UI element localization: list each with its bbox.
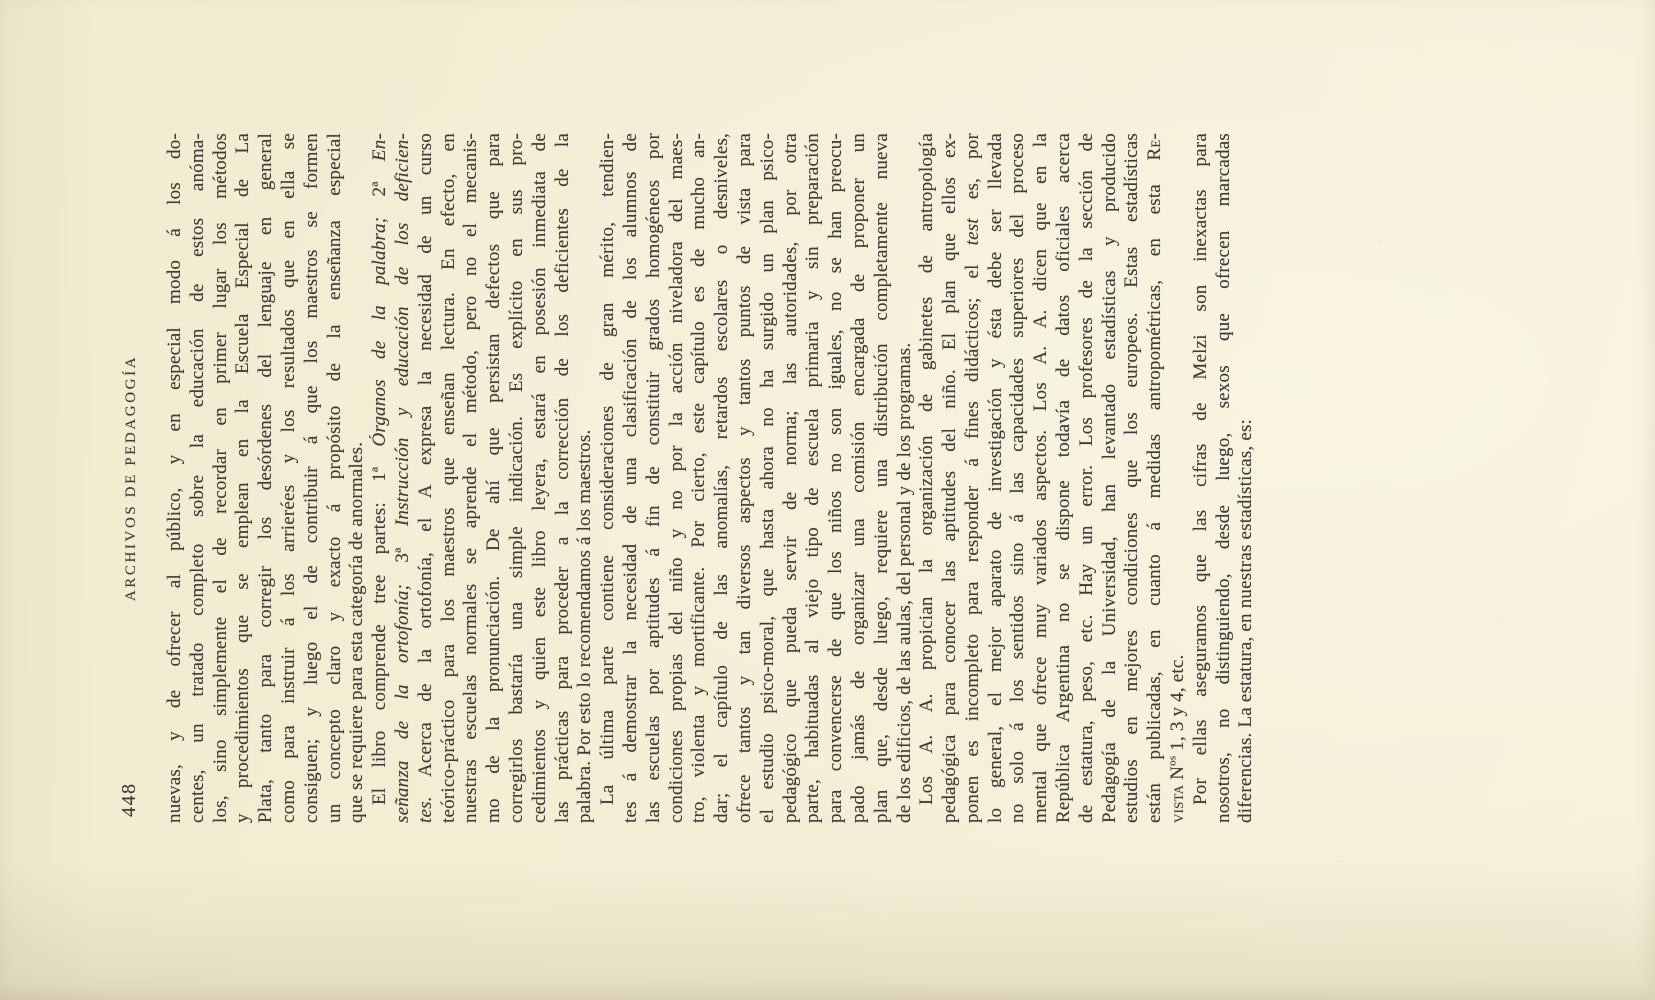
text-line: nuestras escuelas normales se aprende el… — [460, 133, 483, 823]
text-segment: estudios en mejores condiciones que los … — [1121, 133, 1142, 823]
text-segment: ofrece tantos y tan diversos aspectos y … — [734, 133, 755, 823]
italic-text: Órganos de la palabra; — [369, 217, 390, 447]
text-line: teórico-práctico para los maestros que e… — [438, 133, 461, 823]
text-line: Los A. A. propician la organización de g… — [916, 133, 939, 823]
running-header-title: ARCHIVOS DE PEDAGOGÍA — [123, 133, 140, 823]
rotated-page-content: 448 ARCHIVOS DE PEDAGOGÍA nuevas, y de o… — [105, 133, 1258, 823]
text-segment: los, sino simplemente el de recordar en … — [210, 133, 231, 823]
text-segment: Acerca de la ortofonía, el A expresa la … — [415, 133, 436, 796]
text-segment: el estudio psico-moral, que hasta ahora … — [757, 133, 778, 823]
text-segment: de estatura, peso, etc. Hay un error. Lo… — [1076, 133, 1097, 823]
smallcaps-text: Re- — [1144, 133, 1165, 161]
text-segment: El libro comprende tree partes: 1ª — [369, 446, 390, 805]
text-segment: nuevas, y de ofrecer al público, y en es… — [164, 133, 185, 823]
text-line: El libro comprende tree partes: 1ª Órgan… — [369, 133, 392, 823]
text-segment: pedagógico que pueda servir de norma; la… — [780, 133, 801, 823]
text-line: señanza de la ortofonía; 3ª Instrucción … — [392, 133, 415, 823]
text-block: nuevas, y de ofrecer al público, y en es… — [164, 133, 1258, 823]
text-line: consiguen; y luego el de contribuir á qu… — [301, 133, 324, 823]
text-segment: lo general, el mejor aparato de investig… — [985, 133, 1006, 823]
text-line: diferencias. La estatura, en nuestras es… — [1235, 133, 1258, 823]
text-line: mental que ofrece muy variados aspectos.… — [1030, 133, 1053, 823]
text-line: como para instruir á los arrierées y los… — [278, 133, 301, 823]
text-line: tro, violenta y mortificante. Por cierto… — [688, 133, 711, 823]
text-line: los, sino simplemente el de recordar en … — [210, 133, 233, 823]
text-segment: plan que, desde luego, requiere una dist… — [871, 133, 892, 823]
text-line: centes, un tratado completo sobre la edu… — [187, 133, 210, 823]
text-segment: no solo á los sentidos sino á las capaci… — [1007, 133, 1028, 823]
text-segment: y procedimientos que se emplean en la Es… — [232, 133, 253, 823]
text-segment: mo de la pronunciación. De ahí que persi… — [483, 133, 504, 823]
text-segment: nuestras escuelas normales se aprende el… — [460, 133, 481, 823]
text-segment: República Argentina no se dispone todaví… — [1053, 133, 1074, 823]
text-line: cedimientos y quien este libro leyera, e… — [529, 133, 552, 823]
text-line: pedagógico que pueda servir de norma; la… — [780, 133, 803, 823]
text-line: mo de la pronunciación. De ahí que persi… — [483, 133, 506, 823]
text-line: palabra. Por esto lo recomendamos á los … — [574, 133, 597, 823]
text-line: no solo á los sentidos sino á las capaci… — [1007, 133, 1030, 823]
text-line: las escuelas por aptitudes á fin de cons… — [643, 133, 666, 823]
italic-text: test — [962, 218, 983, 245]
text-line: el estudio psico-moral, que hasta ahora … — [757, 133, 780, 823]
text-segment: tro, violenta y mortificante. Por cierto… — [688, 133, 709, 823]
text-line: La última parte contiene consideraciones… — [597, 133, 620, 823]
text-line: Por ellas aseguramos que las cifras de M… — [1190, 133, 1213, 823]
text-segment: N — [1167, 766, 1188, 785]
text-segment: 2ª — [369, 161, 390, 217]
text-segment: es, por — [962, 133, 983, 218]
italic-text: Instrucción y educación de los deficien- — [392, 133, 413, 526]
text-segment: Los A. A. propician la organización de g… — [916, 133, 937, 805]
text-line: para convencerse de que los niños no son… — [825, 133, 848, 823]
italic-text: En- — [369, 133, 390, 161]
text-line: ofrece tantos y tan diversos aspectos y … — [734, 133, 757, 823]
text-line: están publicadas, en cuanto á medidas an… — [1144, 133, 1167, 823]
text-line: Plata, tanto para corregir los desórdene… — [255, 133, 278, 823]
text-line: de estatura, peso, etc. Hay un error. Lo… — [1076, 133, 1099, 823]
text-segment: centes, un tratado completo sobre la edu… — [187, 133, 208, 823]
scanned-book-page: 448 ARCHIVOS DE PEDAGOGÍA nuevas, y de o… — [0, 0, 1655, 1000]
paper-texture — [0, 0, 2, 2]
text-line: vista Nos 1, 3 y 4, etc. — [1167, 133, 1190, 823]
text-line: dar; el capítulo de las anomalías, retar… — [711, 133, 734, 823]
text-segment: 3ª — [392, 526, 413, 584]
text-segment: La última parte contiene consideraciones… — [597, 133, 618, 805]
text-line: parte, habituadas al viejo tipo de escue… — [802, 133, 825, 823]
text-line: ponen es incompleto para responder á fin… — [962, 133, 985, 823]
text-segment: pedagógica para conocer las aptitudes de… — [939, 133, 960, 823]
text-segment: nosotros, no distinguiendo, desde luego,… — [1213, 133, 1234, 823]
text-segment: que se requiere para esta categoría de a… — [346, 442, 367, 823]
text-segment: teórico-práctico para los maestros que e… — [438, 133, 459, 823]
text-segment: las prácticas para proceder a la correcc… — [552, 133, 573, 823]
text-line: de los edificios, de las aulas, del pers… — [894, 133, 917, 823]
text-segment: Por ellas aseguramos que las cifras de M… — [1190, 133, 1211, 805]
text-segment: condiciones propias del niño y no por la… — [666, 133, 687, 823]
text-line: Pedagogía de la Universidad, han levanta… — [1099, 133, 1122, 823]
italic-text: tes. — [415, 796, 436, 823]
text-line: pado jamás de organizar una comisión enc… — [848, 133, 871, 823]
text-line: nuevas, y de ofrecer al público, y en es… — [164, 133, 187, 823]
text-line: condiciones propias del niño y no por la… — [666, 133, 689, 823]
text-segment: corregirlos bastaría una simple indicaci… — [506, 133, 527, 823]
smallcaps-text: vista — [1167, 785, 1188, 823]
text-line: corregirlos bastaría una simple indicaci… — [506, 133, 529, 823]
text-segment: Plata, tanto para corregir los desórdene… — [255, 133, 276, 823]
text-line: tes. Acerca de la ortofonía, el A expres… — [415, 133, 438, 823]
text-line: las prácticas para proceder a la correcc… — [552, 133, 575, 823]
text-line: lo general, el mejor aparato de investig… — [985, 133, 1008, 823]
text-segment: como para instruir á los arrierées y los… — [278, 133, 299, 823]
text-line: plan que, desde luego, requiere una dist… — [871, 133, 894, 823]
text-segment: para convencerse de que los niños no son… — [825, 133, 846, 823]
text-segment: mental que ofrece muy variados aspectos.… — [1030, 133, 1051, 823]
text-segment: ponen es incompleto para responder á fin… — [962, 245, 983, 823]
text-segment: un concepto claro y exacto á propósito d… — [324, 133, 345, 823]
text-segment: dar; el capítulo de las anomalías, retar… — [711, 133, 732, 823]
text-segment: pado jamás de organizar una comisión enc… — [848, 133, 869, 823]
text-segment: las escuelas por aptitudes á fin de cons… — [643, 133, 664, 823]
text-segment: de los edificios, de las aulas, del pers… — [894, 343, 915, 823]
text-segment: cedimientos y quien este libro leyera, e… — [529, 133, 550, 823]
text-line: y procedimientos que se emplean en la Es… — [232, 133, 255, 823]
text-segment: diferencias. La estatura, en nuestras es… — [1235, 419, 1256, 823]
text-line: que se requiere para esta categoría de a… — [346, 133, 369, 823]
text-segment: 1, 3 y 4, etc. — [1167, 655, 1188, 756]
text-line: estudios en mejores condiciones que los … — [1121, 133, 1144, 823]
page-header: 448 ARCHIVOS DE PEDAGOGÍA — [105, 133, 141, 823]
text-line: nosotros, no distinguiendo, desde luego,… — [1213, 133, 1236, 823]
text-line: pedagógica para conocer las aptitudes de… — [939, 133, 962, 823]
text-line: República Argentina no se dispone todaví… — [1053, 133, 1076, 823]
italic-text: señanza de la ortofonía; — [392, 584, 413, 823]
text-segment: están publicadas, en cuanto á medidas an… — [1144, 161, 1165, 823]
text-segment: Pedagogía de la Universidad, han levanta… — [1099, 133, 1120, 823]
text-segment: consiguen; y luego el de contribuir á qu… — [301, 133, 322, 823]
superscript-text: os — [1167, 756, 1179, 766]
text-segment: tes á demostrar la necesidad de una clas… — [620, 133, 641, 823]
text-line: tes á demostrar la necesidad de una clas… — [620, 133, 643, 823]
text-line: un concepto claro y exacto á propósito d… — [324, 133, 347, 823]
text-segment: palabra. Por esto lo recomendamos á los … — [574, 430, 595, 823]
text-segment: parte, habituadas al viejo tipo de escue… — [802, 133, 823, 823]
